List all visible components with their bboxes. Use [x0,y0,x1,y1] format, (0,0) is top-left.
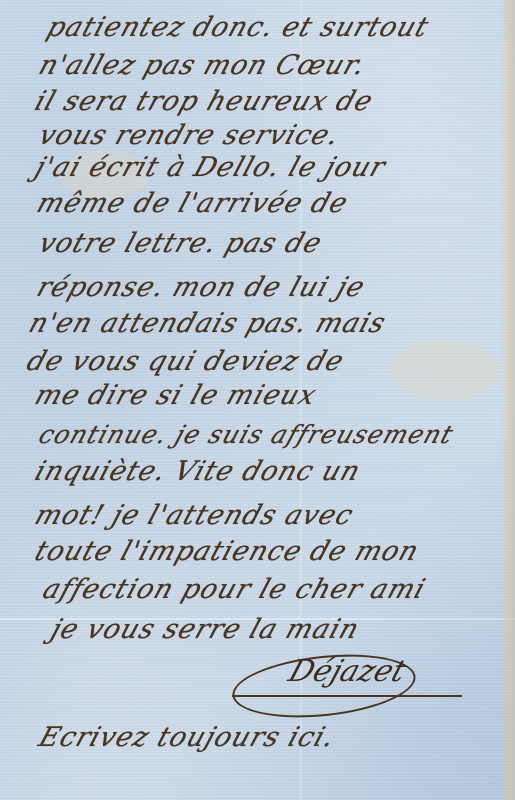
letter-line: vous rendre service. [35,120,515,151]
letter-line: je vous serre la main [47,614,515,645]
letter-line: inquiète. Vite donc un [31,456,515,487]
letter-line: n'allez pas mon Cœur. [35,50,515,81]
signature: Déjazet [232,652,464,710]
letter-line: même de l'arrivée de [33,188,515,219]
letter-line: j'ai écrit à Dello. le jour [31,152,515,183]
postscript: Ecrivez toujours ici. [35,722,515,753]
letter-line: votre lettre. pas de [35,228,515,259]
letter-line: mot! je l'attends avec [31,500,515,531]
letter-line: continue. je suis affreusement [35,420,515,449]
letter-line: réponse. mon de lui je [33,272,515,303]
signature-underline [232,695,462,697]
letter-page: patientez donc. et surtout n'allez pas m… [0,0,515,800]
letter-line: n'en attendais pas. mais [25,308,515,339]
signature-name: Déjazet [284,654,410,689]
letter-line: il sera trop heureux de [31,86,515,117]
letter-line: affection pour le cher ami [39,574,515,605]
letter-line: de vous qui deviez de [23,346,515,377]
letter-line: me dire si le mieux [31,380,515,411]
letter-line: toute l'impatience de mon [31,536,515,567]
letter-line: patientez donc. et surtout [43,12,515,43]
